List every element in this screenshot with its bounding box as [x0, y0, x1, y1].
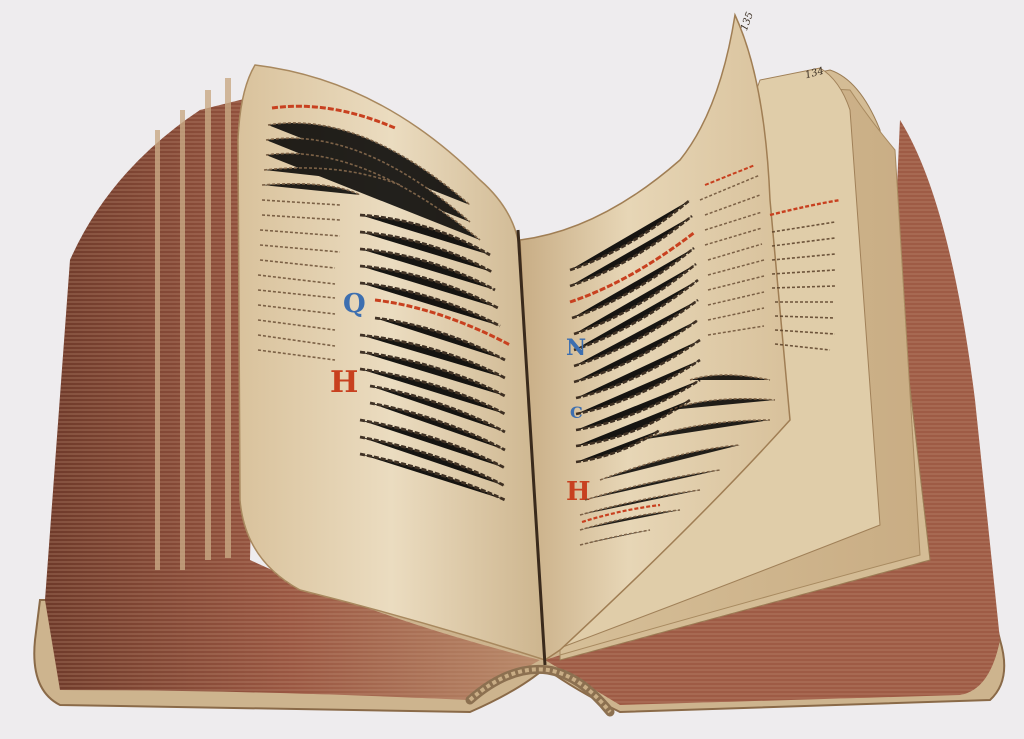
svg-text:N: N	[566, 335, 586, 361]
svg-text:Q: Q	[343, 289, 366, 319]
svg-text:H: H	[566, 477, 591, 507]
svg-text:C: C	[570, 403, 583, 422]
manuscript-photo: Q H N C H	[0, 0, 1024, 739]
svg-text:H: H	[330, 365, 358, 400]
book-illustration: Q H N C H	[0, 0, 1024, 739]
